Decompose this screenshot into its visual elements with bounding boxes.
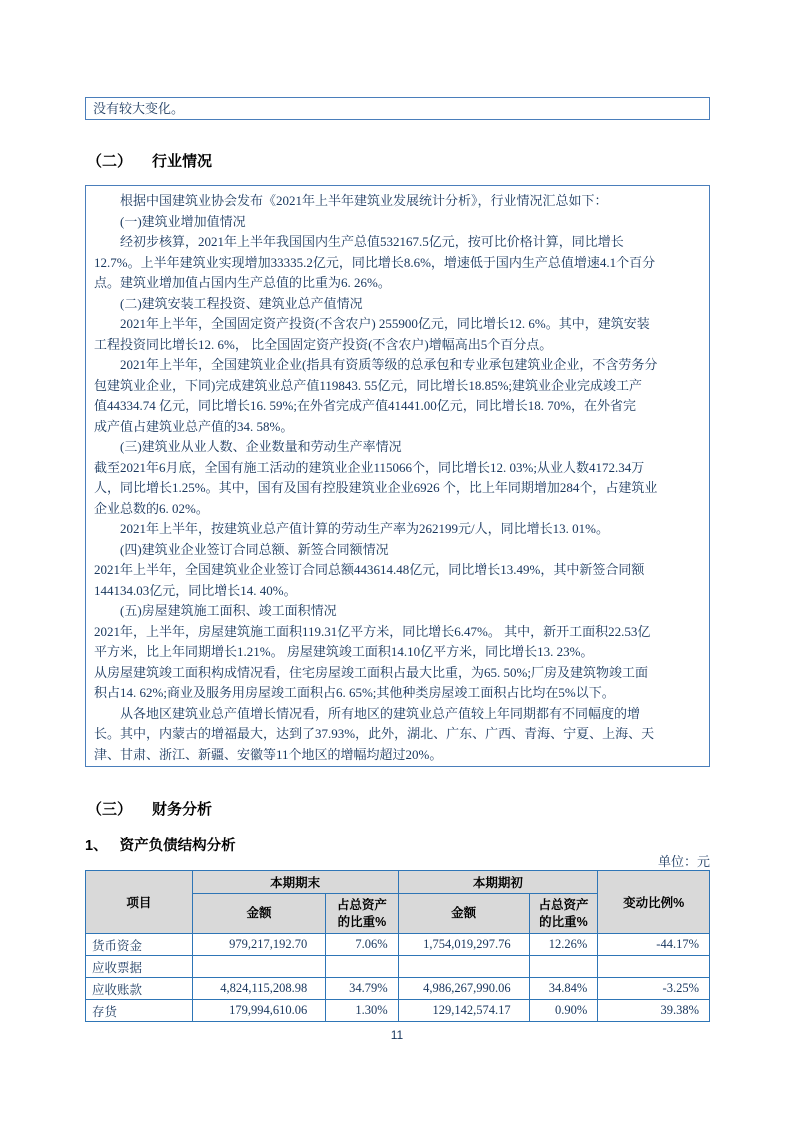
- table-cell-end_ratio: 7.06%: [326, 934, 398, 956]
- table-cell-end_amount: 179,994,610.06: [192, 1000, 326, 1022]
- table-cell-end_amount: 979,217,192.70: [192, 934, 326, 956]
- text-line: 2021年上半年，按建筑业总产值计算的劳动生产率为262199元/人，同比增长1…: [94, 519, 701, 540]
- text-line: (五)房屋建筑施工面积、竣工面积情况: [94, 601, 701, 622]
- table-cell-end_ratio: 34.79%: [326, 978, 398, 1000]
- table-cell-change: -44.17%: [598, 934, 710, 956]
- text-line: 12.7%。上半年建筑业实现增加33335.2亿元，同比增长8.6%，增速低于国…: [94, 253, 701, 274]
- table-cell-begin_amount: 4,986,267,990.06: [398, 978, 529, 1000]
- table-header-row-1: 项目 本期期末 本期期初 变动比例%: [86, 871, 710, 894]
- table-row: 应收账款4,824,115,208.9834.79%4,986,267,990.…: [86, 978, 710, 1000]
- text-line: 长。其中，内蒙古的增福最大，达到了37.93%，此外，湖北、广东、广西、青海、宁…: [94, 724, 701, 745]
- section3-heading-title: 财务分析: [152, 801, 212, 818]
- header-item: 项目: [86, 871, 193, 934]
- table-cell-item: 货币资金: [86, 934, 193, 956]
- table-cell-change: 39.38%: [598, 1000, 710, 1022]
- text-line: 点。建筑业增加值占国内生产总值的比重为6. 26%。: [94, 273, 701, 294]
- text-line: 企业总数的6. 02%。: [94, 499, 701, 520]
- header-period-end: 本期期末: [192, 871, 398, 894]
- section3-heading: （三）财务分析: [87, 798, 212, 819]
- industry-overview-block: 根据中国建筑业协会发布《2021年上半年建筑业发展统计分析》，行业情况汇总如下：…: [85, 185, 710, 767]
- table-row: 存货179,994,610.061.30%129,142,574.170.90%…: [86, 1000, 710, 1022]
- header-ratio-begin-line1: 占总资产: [531, 897, 597, 914]
- text-line: 144134.03亿元，同比增长14. 40%。: [94, 581, 701, 602]
- page-number: 11: [0, 1028, 794, 1042]
- table-cell-item: 存货: [86, 1000, 193, 1022]
- text-line: 经初步核算，2021年上半年我国国内生产总值532167.5亿元，按可比价格计算…: [94, 232, 701, 253]
- unchanged-note-box: 没有较大变化。: [85, 97, 710, 120]
- text-line: (三)建筑业从业人数、企业数量和劳动生产率情况: [94, 437, 701, 458]
- text-line: 2021年上半年，全国建筑业企业签订合同总额443614.48亿元，同比增长13…: [94, 560, 701, 581]
- header-ratio-begin: 占总资产的比重%: [529, 894, 598, 934]
- text-line: 工程投资同比增长12. 6%， 比全国固定资产投资(不含农户)增幅高出5个百分点…: [94, 335, 701, 356]
- table-cell-end_amount: [192, 956, 326, 978]
- table-row: 应收票据: [86, 956, 710, 978]
- table-cell-end_amount: 4,824,115,208.98: [192, 978, 326, 1000]
- table-cell-item: 应收账款: [86, 978, 193, 1000]
- text-line: 成产值占建筑业总产值的34. 58%。: [94, 417, 701, 438]
- table-cell-end_ratio: 1.30%: [326, 1000, 398, 1022]
- text-line: (二)建筑安装工程投资、建筑业总产值情况: [94, 294, 701, 315]
- text-line: 从房屋建筑竣工面积构成情况看，住宅房屋竣工面积占最大比重，为65. 50%;厂房…: [94, 663, 701, 684]
- subsection-number: 1、: [85, 838, 108, 854]
- section2-heading: （二）行业情况: [87, 150, 212, 171]
- section2-heading-number: （二）: [87, 153, 132, 170]
- text-line: 人，同比增长1.25%。其中，国有及国有控股建筑业企业6926 个，比上年同期增…: [94, 478, 701, 499]
- text-line: 包建筑业企业，下同)完成建筑业总产值119843. 55亿元，同比增长18.85…: [94, 376, 701, 397]
- header-amount-end: 金额: [192, 894, 326, 934]
- text-line: 2021年，上半年，房屋建筑施工面积119.31亿平方米，同比增长6.47%。 …: [94, 622, 701, 643]
- subsection-title: 资产负债结构分析: [120, 838, 236, 854]
- text-line: 值44334.74 亿元，同比增长16. 59%;在外省完成产值41441.00…: [94, 396, 701, 417]
- table-cell-change: -3.25%: [598, 978, 710, 1000]
- document-page: 没有较大变化。 （二）行业情况 根据中国建筑业协会发布《2021年上半年建筑业发…: [0, 0, 794, 1123]
- header-ratio-end: 占总资产的比重%: [326, 894, 398, 934]
- table-cell-begin_amount: 129,142,574.17: [398, 1000, 529, 1022]
- header-ratio-begin-line2: 的比重%: [531, 914, 597, 931]
- section3-heading-number: （三）: [87, 801, 132, 818]
- text-line: 积占14. 62%;商业及服务用房屋竣工面积占6. 65%;其他种类房屋竣工面积…: [94, 683, 701, 704]
- text-line: 根据中国建筑业协会发布《2021年上半年建筑业发展统计分析》，行业情况汇总如下：: [94, 191, 701, 212]
- unit-label: 单位：元: [658, 851, 710, 870]
- text-line: 2021年上半年，全国建筑业企业(指具有资质等级的总承包和专业承包建筑业企业，不…: [94, 355, 701, 376]
- text-line: 平方米，比上年同期增长1.21%。 房屋建筑竣工面积14.10亿平方米，同比增长…: [94, 642, 701, 663]
- text-line: 2021年上半年，全国固定资产投资(不含农户) 255900亿元，同比增长12.…: [94, 314, 701, 335]
- table-cell-begin_amount: 1,754,019,297.76: [398, 934, 529, 956]
- header-amount-begin: 金额: [398, 894, 529, 934]
- subsection-heading: 1、资产负债结构分析: [85, 834, 236, 855]
- balance-structure-table: 项目 本期期末 本期期初 变动比例% 金额 占总资产的比重% 金额 占总资产的比…: [85, 870, 710, 1022]
- section2-heading-title: 行业情况: [152, 153, 212, 170]
- text-line: 从各地区建筑业总产值增长情况看，所有地区的建筑业总产值较上年同期都有不同幅度的增: [94, 704, 701, 725]
- table-cell-begin_ratio: 34.84%: [529, 978, 598, 1000]
- table-cell-change: [598, 956, 710, 978]
- table-cell-end_ratio: [326, 956, 398, 978]
- table-cell-item: 应收票据: [86, 956, 193, 978]
- table-cell-begin_ratio: 0.90%: [529, 1000, 598, 1022]
- text-line: 截至2021年6月底，全国有施工活动的建筑业企业115066个，同比增长12. …: [94, 458, 701, 479]
- text-line: (四)建筑业企业签订合同总额、新签合同额情况: [94, 540, 701, 561]
- header-ratio-end-line1: 占总资产: [327, 897, 396, 914]
- text-line: (一)建筑业增加值情况: [94, 212, 701, 233]
- table-cell-begin_amount: [398, 956, 529, 978]
- header-period-begin: 本期期初: [398, 871, 598, 894]
- table-body: 货币资金979,217,192.707.06%1,754,019,297.761…: [86, 934, 710, 1022]
- note-text: 没有较大变化。: [93, 101, 184, 116]
- table-cell-begin_ratio: 12.26%: [529, 934, 598, 956]
- text-line: 津、甘肃、浙江、新疆、安徽等11个地区的增幅均超过20%。: [94, 745, 701, 766]
- header-ratio-end-line2: 的比重%: [327, 914, 396, 931]
- header-change-ratio: 变动比例%: [598, 871, 710, 934]
- table-cell-begin_ratio: [529, 956, 598, 978]
- table-header: 项目 本期期末 本期期初 变动比例% 金额 占总资产的比重% 金额 占总资产的比…: [86, 871, 710, 934]
- table-row: 货币资金979,217,192.707.06%1,754,019,297.761…: [86, 934, 710, 956]
